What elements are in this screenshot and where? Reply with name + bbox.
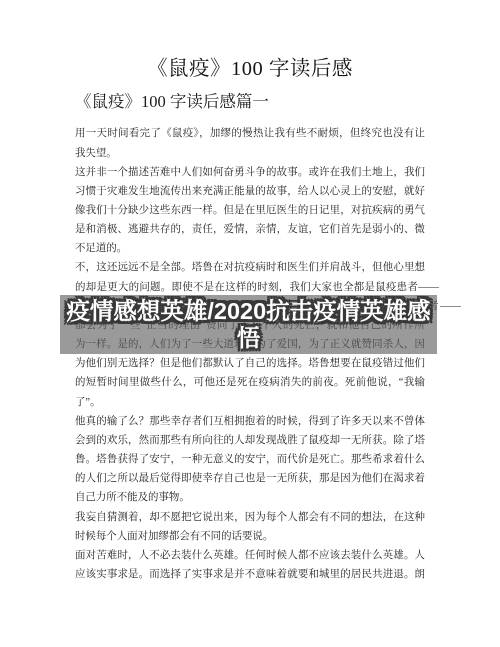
body-line: 这并非一个描述苦难中人们如何奋勇斗争的故事。或许在我们土地上，我们: [75, 163, 425, 182]
body-line: 了”。: [75, 393, 425, 412]
body-line: 应该实事求是。而选择了实事求是并不意味着就要和城里的居民共进退。朗: [75, 565, 425, 584]
body-line: 为他们别无选择？但是他们都默认了自己的选择。塔鲁想要在鼠疫错过他们: [75, 354, 425, 373]
watermark-text-line-2: 悟: [237, 325, 261, 352]
body-line: 不，这还远远不是全部。塔鲁在对抗疫病时和医生们并肩战斗，但他心里想: [75, 258, 425, 277]
watermark-overlay: 疫情感想英雄/2020抗击疫情英雄感 悟: [60, 295, 437, 354]
body-line: 不足道的。: [75, 239, 425, 258]
body-line: 我妄自猜测着，却不愿把它说出来，因为每个人都会有不同的想法，在这种: [75, 508, 425, 527]
body-line: 自己力所不能及的事物。: [75, 488, 425, 507]
document-page: 《鼠疫》100 字读后感 《鼠疫》100 字读后感篇一 用一天时间看完了《鼠疫》…: [0, 0, 500, 647]
body-line: 我失望。: [75, 144, 425, 163]
body-line: 像我们十分缺少这些东西一样。但是在里厄医生的日记里，对抗疾病的勇气: [75, 201, 425, 220]
body-line: 面对苦难时，人不必去装什么英雄。任何时候人都不应该去装什么英雄。人: [75, 546, 425, 565]
body-paragraphs: 用一天时间看完了《鼠疫》，加缪的慢热让我有些不耐烦，但终究也没有让我失望。这并非…: [75, 124, 475, 584]
body-line: 的人们之所以最后觉得即使幸存自己也是一无所获，那是因为他们在渴求着: [75, 469, 425, 488]
watermark-text-line-1: 疫情感想英雄/2020抗击疫情英雄感: [66, 298, 430, 325]
body-line: 的却是更大的问题。即使不是在这样的时刻，我们大家也全都是鼠疫患者——: [75, 278, 439, 297]
body-line: 鲁。塔鲁获得了安宁，一种无意义的安宁，而代价是死亡。那些希求着什么: [75, 450, 425, 469]
body-line: 用一天时间看完了《鼠疫》，加缪的慢热让我有些不耐烦，但终究也没有让: [75, 124, 425, 143]
section-heading: 《鼠疫》100 字读后感篇一: [75, 91, 269, 113]
body-line: 会到的欢乐，然而那些有所向往的人却发现战胜了鼠疫却一无所获。除了塔: [75, 431, 425, 450]
body-line: 的短暂时间里做些什么，可他还是死在疫病消失的前夜。死前他说，“我输: [75, 373, 425, 392]
body-line: 习惯于灾难发生地流传出来充满正能量的故事，给人以心灵上的安慰，就好: [75, 182, 425, 201]
body-line: 时候每个人面对加缪都会有不同的话要说。: [75, 527, 425, 546]
page-title: 《鼠疫》100 字读后感: [0, 56, 500, 82]
body-line: 他真的输了么？那些幸存者们互相拥抱着的时候，得到了许多天以来不曾体: [75, 412, 425, 431]
body-line: 是和消极、逃避共存的，责任，爱情，亲情，友谊，它们首先是弱小的、微: [75, 220, 425, 239]
